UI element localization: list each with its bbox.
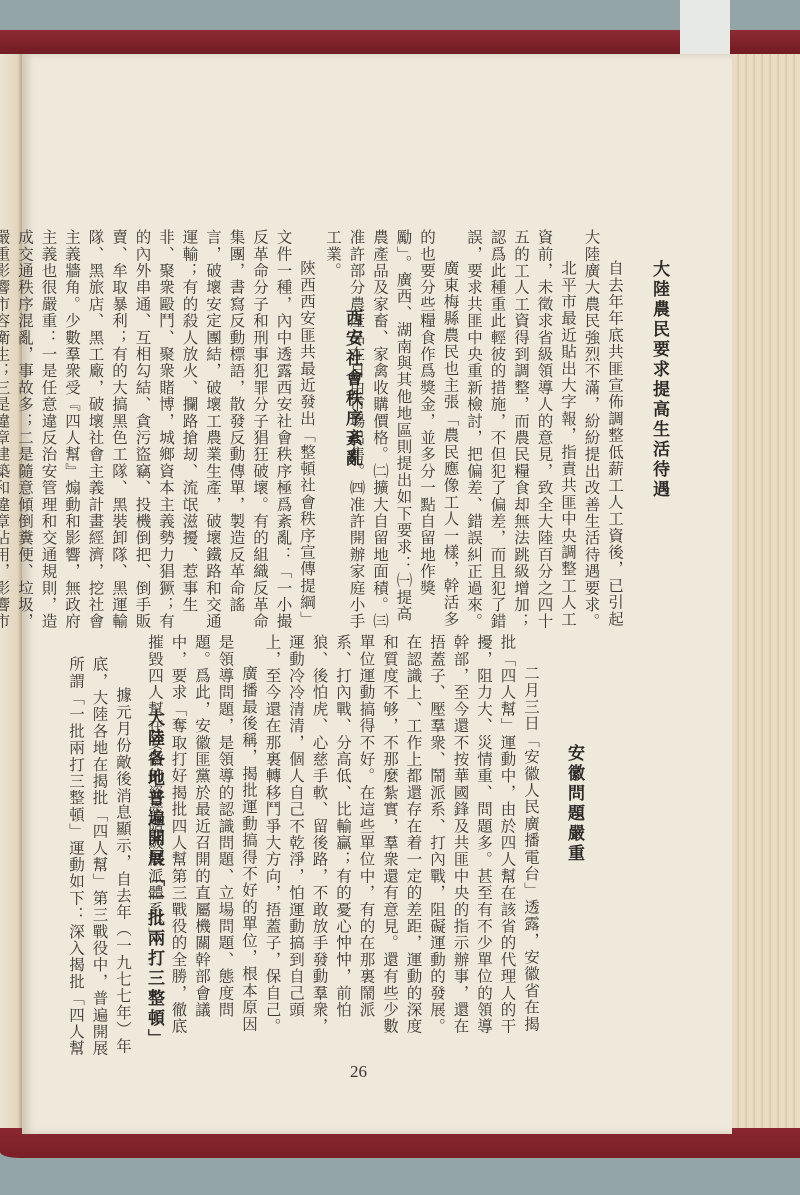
article-title-1: 大陸農民要求提高生活待遇 — [647, 260, 672, 500]
adjacent-sheet — [680, 0, 730, 56]
article-title-3: 安徽問題嚴重 — [562, 744, 587, 864]
document-page: 大陸農民要求提高生活待遇 自去年年底共匪宣佈調整低薪工人工資後，已引起大陸廣大農… — [22, 54, 732, 1134]
article-body-2-upper: 陝西西安匪共最近發出「整頓社會秩序宣傳提綱」文件一種，內中透露西安社會秩序極爲紊… — [0, 229, 318, 634]
page-block-edges — [732, 54, 800, 1134]
article-body-4: 據元月份敵後消息顯示，自去年（一九七七年）年底，大陸各地在揭批「四人幫」第三戰役… — [62, 656, 134, 1061]
page-number: 26 — [350, 1062, 367, 1082]
paragraph: 二月三日「安徽人民廣播電台」透露，安徽省在揭批「四人幫」運動中，由於四人幫在該省… — [260, 634, 542, 1039]
article-body-1: 自去年年底共匪宣佈調整低薪工人工資後，已引起大陸廣大農民強烈不滿，紛紛提出改善生… — [400, 229, 626, 634]
article-title-2: 西安社會秩序紊亂 — [340, 309, 365, 469]
article-body-3: 二月三日「安徽人民廣播電台」透露，安徽省在揭批「四人幫」運動中，由於四人幫在該省… — [172, 634, 542, 1039]
paragraph: 北平市最近貼出大字報，指責共匪中央調整工人工資前，未徵求省級領導人的意見，致全大… — [462, 229, 580, 634]
paragraph: 據元月份敵後消息顯示，自去年（一九七七年）年底，大陸各地在揭批「四人幫」第三戰役… — [64, 656, 135, 1061]
paragraph: 陝西西安匪共最近發出「整頓社會秩序宣傳提綱」文件一種，內中透露西安社會秩序極爲紊… — [0, 229, 318, 634]
paragraph: 自去年年底共匪宣佈調整低薪工人工資後，已引起大陸廣大農民強烈不滿，紛紛提出改善生… — [579, 229, 626, 634]
article-title-4: 大陸各地普遍開展「一批兩打三整頓」 — [142, 709, 167, 1049]
